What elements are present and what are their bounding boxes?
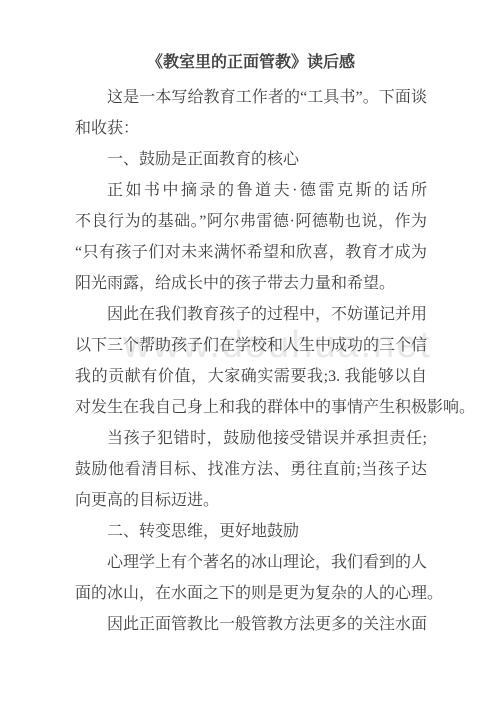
text-line: 不良行为的基础。”阿尔弗雷德·阿德勒也说，作为一名教育工作者， xyxy=(75,206,427,237)
text-line: 鼓励他看清目标、找准方法、勇往直前;当孩子达到目的时，鼓励他 xyxy=(75,454,427,485)
text-line: 和收获： xyxy=(75,113,427,144)
document-page: www.douhua.net 《教室里的正面管教》读后感 这是一本写给教育工作者… xyxy=(0,0,500,708)
text-line: 我的贡献有价值，大家确实需要我;3. 我能够以自己的力量做出选择， xyxy=(75,361,427,392)
text-line: 因此正面管教比一般管教方法更多的关注水面之下的部分，把学 xyxy=(75,609,427,640)
text-line: 对发生在我自己身上和我的群体中的事情产生积极影响。 xyxy=(75,392,427,423)
text-line: 二、转变思维，更好地鼓励 xyxy=(75,516,427,547)
text-line: 以下三个帮助孩子们在学校和人生中成功的三个信念：1. 我能行;2. xyxy=(75,330,427,361)
text-line: 正如书中摘录的鲁道夫·德雷克斯的话所说，“丧失信心是所有 xyxy=(75,175,427,206)
text-line: 阳光雨露，给成长中的孩子带去力量和希望。 xyxy=(75,268,427,299)
document-content: 《教室里的正面管教》读后感 这是一本写给教育工作者的“工具书”。下面谈谈我的几点… xyxy=(75,47,427,640)
text-line: 这是一本写给教育工作者的“工具书”。下面谈谈我的几点感悟 xyxy=(75,82,427,113)
text-line: 一、鼓励是正面教育的核心 xyxy=(75,144,427,175)
text-line: “只有孩子们对未来满怀希望和欣喜，教育才成为可能。”鼓励就像 xyxy=(75,237,427,268)
text-line: 当孩子犯错时，鼓励他接受错误并承担责任;当孩子遇到困难时， xyxy=(75,423,427,454)
text-line: 面的冰山，在水面之下的则是更为复杂的人的心理。 xyxy=(75,578,427,609)
text-line: 因此在我们教育孩子的过程中，不妨谨记并用行动让孩子们谨记 xyxy=(75,299,427,330)
document-title: 《教室里的正面管教》读后感 xyxy=(75,47,427,78)
document-body: 这是一本写给教育工作者的“工具书”。下面谈谈我的几点感悟和收获：一、鼓励是正面教… xyxy=(75,82,427,640)
text-line: 心理学上有个著名的冰山理论，我们看到的人的行为就像浮在水 xyxy=(75,547,427,578)
text-line: 向更高的目标迈进。 xyxy=(75,485,427,516)
